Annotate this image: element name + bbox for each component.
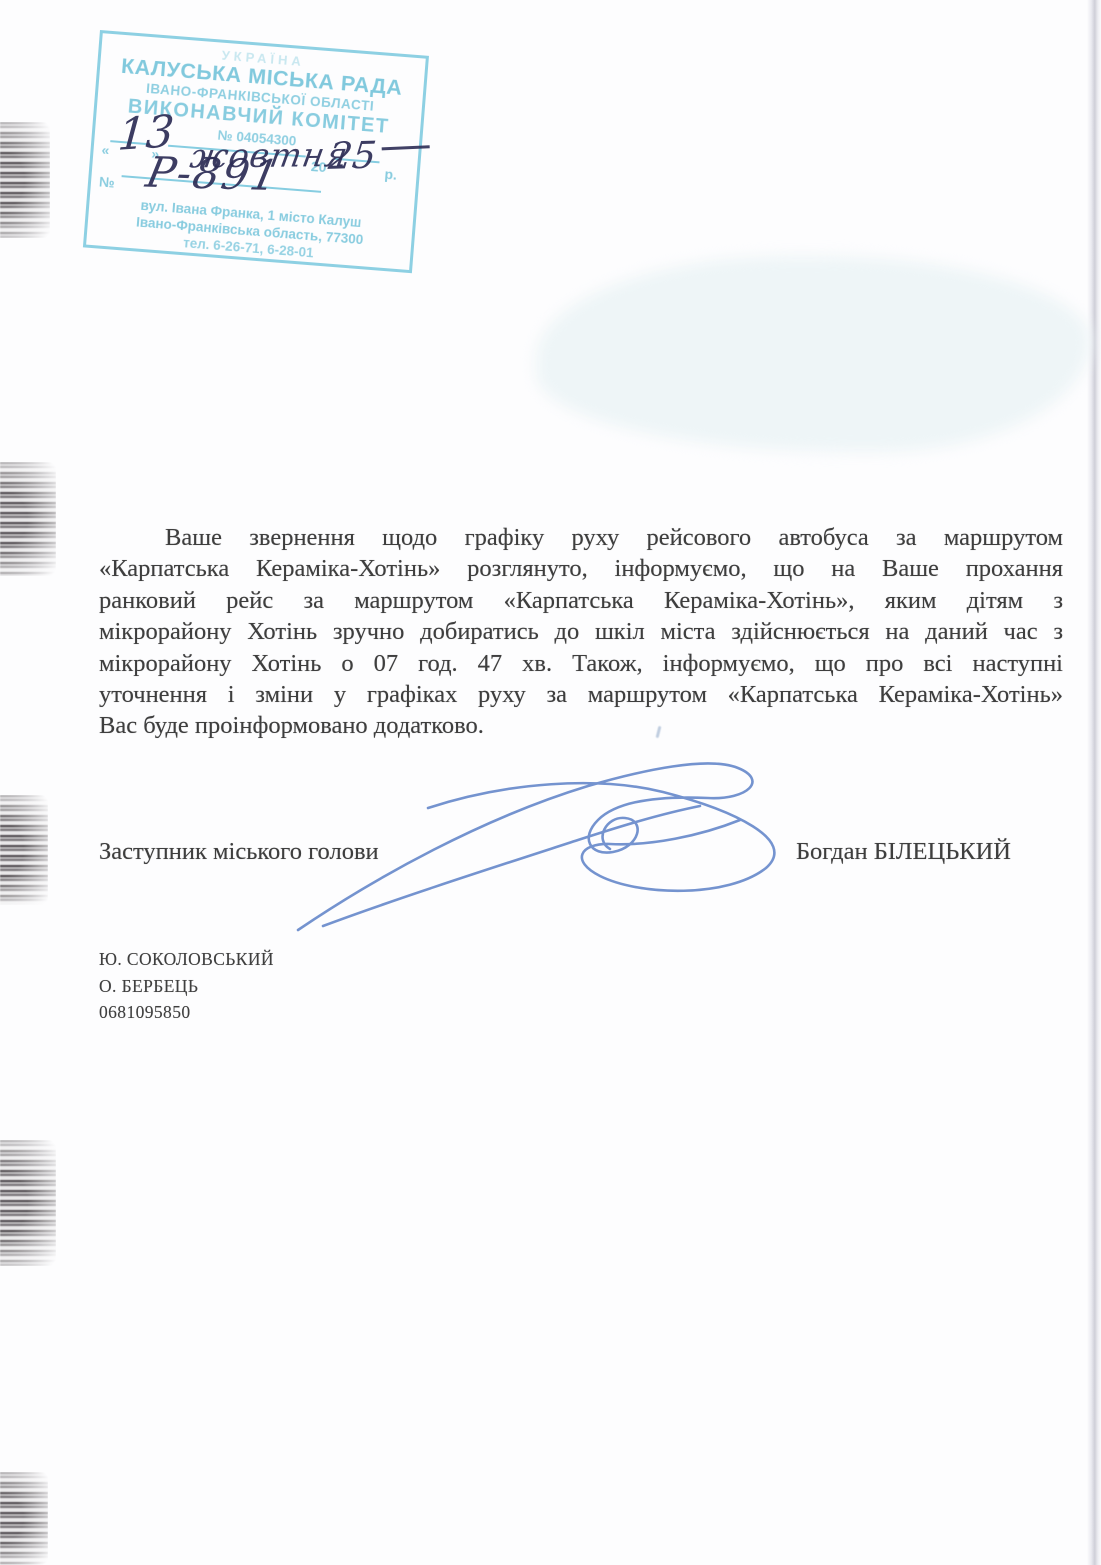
- scan-smudge-artifact: [0, 1140, 56, 1266]
- body-line: ранковий рейс за маршрутом «Карпатська К…: [99, 585, 1063, 616]
- official-stamp: УКРАЇНА КАЛУСЬКА МІСЬКА РАДА ІВАНО-ФРАНК…: [83, 30, 429, 273]
- footer-name-2: О. БЕРБЕЦЬ: [99, 973, 274, 1000]
- body-line: мікрорайону Хотінь о 07 год. 47 хв. Тако…: [99, 648, 1063, 679]
- body-line: Вас буде проінформовано додатково.: [99, 710, 1063, 741]
- footer-contacts: Ю. СОКОЛОВСЬКИЙ О. БЕРБЕЦЬ 0681095850: [99, 946, 274, 1026]
- signer-title: Заступник міського голови: [99, 838, 379, 866]
- signer-name: Богдан БІЛЕЦЬКИЙ: [796, 838, 1011, 866]
- scan-smudge-artifact: [0, 462, 56, 576]
- signature-row: Заступник міського голови Богдан БІЛЕЦЬК…: [99, 838, 1011, 866]
- body-line: мікрорайону Хотінь зручно добиратись до …: [99, 616, 1063, 647]
- body-line: «Карпатська Кераміка-Хотінь» розглянуто,…: [99, 553, 1063, 584]
- handwritten-doc-number: Р-891: [142, 148, 284, 200]
- stamp-date-open-quote: «: [101, 142, 110, 159]
- scan-smudge-artifact: [0, 1472, 48, 1565]
- scan-smudge-artifact: [0, 122, 50, 238]
- body-line: Ваше звернення щодо графіку руху рейсово…: [99, 522, 1063, 553]
- footer-name-1: Ю. СОКОЛОВСЬКИЙ: [99, 946, 274, 973]
- scan-smudge-artifact: [0, 795, 48, 905]
- stamp-number-sign: №: [98, 173, 115, 190]
- handwritten-date-year: 25: [326, 134, 378, 178]
- footer-phone: 0681095850: [99, 999, 274, 1026]
- stamp-year-suffix: р.: [384, 166, 398, 183]
- scan-edge-strip: [1087, 0, 1101, 1565]
- whiteout-correction-blob: [536, 256, 1090, 452]
- scanned-letter-page: УКРАЇНА КАЛУСЬКА МІСЬКА РАДА ІВАНО-ФРАНК…: [0, 0, 1101, 1565]
- body-line: уточнення і зміни у графіках руху за мар…: [99, 679, 1063, 710]
- letter-body: Ваше звернення щодо графіку руху рейсово…: [99, 522, 1063, 742]
